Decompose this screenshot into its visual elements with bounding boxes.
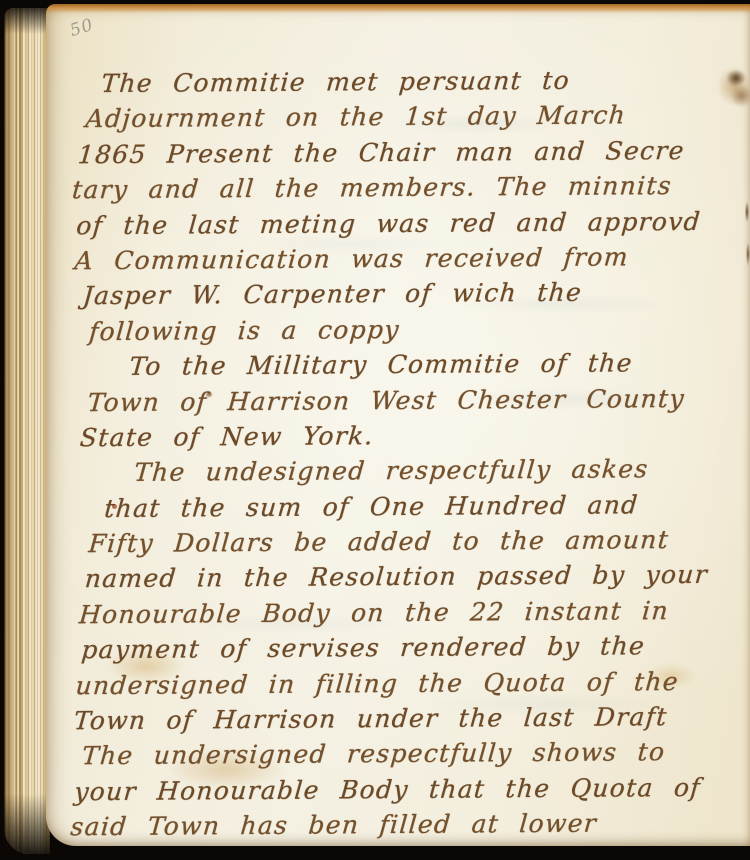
manuscript-line: Town of Harrison West Chester County (44, 380, 747, 420)
manuscript-line: that the sum of One Hundred and (45, 486, 748, 526)
manuscript-line: 1865 Present the Chair man and Secre (42, 132, 745, 172)
manuscript-line: Town of Harrison under the last Draft (46, 699, 749, 739)
manuscript-line: To the Millitary Commitie of the (44, 345, 747, 385)
manuscript-line: tary and all the members. The minnits (43, 168, 746, 208)
manuscript-line: said Town has ben filled at lower (47, 805, 750, 845)
manuscript-line: following is a coppy (44, 309, 747, 349)
manuscript-line: Jasper W. Carpenter of wich the (43, 274, 746, 314)
manuscript-line: your Honourable Body that the Quota of (47, 769, 750, 809)
page-number: 50 (67, 15, 96, 41)
manuscript-line: The Commitie met persuant to (42, 62, 745, 102)
manuscript-line: The undesigned respectfully askes (45, 451, 748, 491)
manuscript-line: The undersigned respectfully shows to (47, 734, 750, 774)
manuscript-text: The Commitie met persuant to Adjournment… (43, 62, 748, 845)
manuscript-line: A Communication was received from (43, 239, 746, 279)
manuscript-line: of the last meting was red and approvd (43, 203, 746, 243)
manuscript-line: undersigned in filling the Quota of the (46, 663, 749, 703)
manuscript-line: payment of servises rendered by the (46, 628, 749, 668)
manuscript-line: named in the Resolution passed by your (45, 557, 748, 597)
manuscript-page: 50 The Commitie met persuant to Adjournm… (46, 4, 750, 846)
book-photo: 50 The Commitie met persuant to Adjournm… (0, 0, 750, 860)
manuscript-line: State of New York. (44, 415, 747, 455)
manuscript-line: Honourable Body on the 22 instant in (46, 592, 749, 632)
manuscript-line: Fifty Dollars be added to the amount (45, 522, 748, 562)
manuscript-line: Adjournment on the 1st day March (42, 97, 745, 137)
